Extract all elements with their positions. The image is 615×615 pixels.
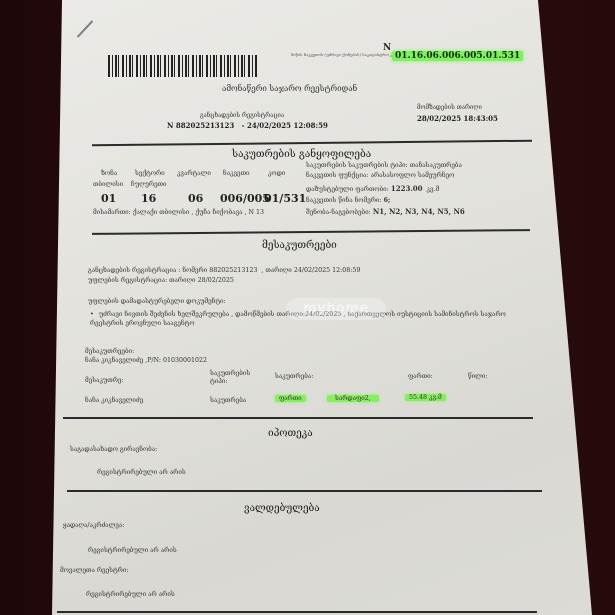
tax-lien-label: საგადასახადო გირავნობა: — [70, 446, 157, 453]
table-header-owner: მესაკუთრე: — [85, 377, 124, 384]
barcode — [108, 55, 258, 77]
code-value: 01/531 — [264, 192, 306, 205]
documents-label: უფლების დამადასტურებელი დოკუმენტი: — [88, 298, 226, 305]
mortgage-section-title: იპოთეკა — [268, 428, 313, 439]
col-sublabel-sector: ჩუღურეთი — [131, 181, 167, 188]
sector-value: 16 — [141, 192, 156, 205]
table-row-ownership-type: საკუთრება — [210, 397, 246, 404]
table-header-share: წილი: — [468, 373, 488, 380]
right-registration-date: უფლების რეგისტრაცია: თარიღი 28/02/2025 — [88, 277, 234, 284]
owner-line: ნანა კიკნაველიძე ,P/N: 01030001022 — [85, 357, 207, 364]
detail-area: დაზუსტებული ფართობი: 1223.00 კვ.მ — [306, 184, 439, 193]
seizure-label: ყადაღა/აკრძალვა: — [63, 522, 124, 529]
detail-ownership-type: საკუთრების საკუთრების ტიპი: თანასაკუთრებ… — [306, 162, 462, 169]
divider — [67, 490, 542, 492]
zone-value: 01 — [101, 192, 116, 205]
parcel-value: 006/005 — [220, 192, 270, 205]
col-sublabel-zone: თბილისი — [93, 181, 123, 188]
divider — [57, 611, 537, 613]
watermark: myhome — [286, 298, 386, 320]
table-row-owner: ნანა კიკნაველიძე — [85, 397, 143, 404]
col-label-sector: სექტორი — [135, 170, 165, 177]
prepared-datetime: 28/02/2025 18:43:05 — [417, 114, 498, 123]
debtors-registry-label: მოვალეთა რეესტრი: — [60, 567, 129, 574]
prepared-label: მომზადების თარიღი — [417, 104, 482, 111]
detail-buildings: შენობა-ნაგებობები: N1, N2, N3, N4, N5, N… — [306, 207, 465, 216]
owners-section-title: მესაკუთრეები — [262, 240, 337, 251]
application-number: N 882025213123 - 24/02/2025 12:08:59 — [167, 121, 328, 130]
col-label-parcel: ნაკვეთი — [223, 170, 250, 177]
debts-section-title: ვალდებულება — [244, 503, 320, 514]
col-label-quarter: კვარტალი — [177, 170, 211, 177]
application-label: განცხადების რეგისტრაცია — [200, 112, 284, 119]
debtors-registry-value: რეგისტრირებული არ არის — [86, 591, 175, 598]
table-row-property-kind: ფართი — [275, 395, 306, 402]
col-label-zone: ზონა — [101, 170, 117, 177]
property-section-title: საკუთრების განყოფილება — [232, 149, 371, 160]
document-title: ამონაწერი საჯარო რეესტრიდან — [222, 84, 357, 93]
owners-application-line: განცხადების რეგისტრაცია : ნომერი 8820252… — [88, 267, 360, 274]
table-row-property-name: სარდაფი2, — [327, 395, 379, 402]
cadastral-code: 01.16.06.006.005.01.531 — [392, 43, 523, 62]
tax-lien-value: რეგისტრირებული არ არის — [97, 469, 186, 476]
col-label-code: კოდი — [268, 170, 285, 177]
table-header-ownership-type: საკუთრების ტიპი: — [210, 370, 260, 386]
detail-parcel-function: ნაკვეთის ფუნქცია: არასასოფლო სამეურნეო — [306, 172, 454, 179]
cadastral-code-prefix: N — [383, 43, 391, 53]
divider — [63, 417, 533, 419]
table-header-area: ფართი: — [408, 373, 433, 380]
quarter-value: 06 — [188, 192, 203, 205]
detail-previous-number: ნაკვეთის წინა ნომერი: 6; — [306, 197, 390, 204]
table-header-property: საკუთრება: — [275, 373, 313, 380]
address: მისამართი: ქალაქი თბილისი , ქუჩა ჩიქობავ… — [93, 209, 264, 216]
owners-label: მესაკუთრეები: — [85, 348, 134, 355]
seizure-value: რეგისტრირებული არ არის — [88, 547, 177, 554]
table-row-area: 55.48 კვ.მ — [405, 394, 446, 401]
